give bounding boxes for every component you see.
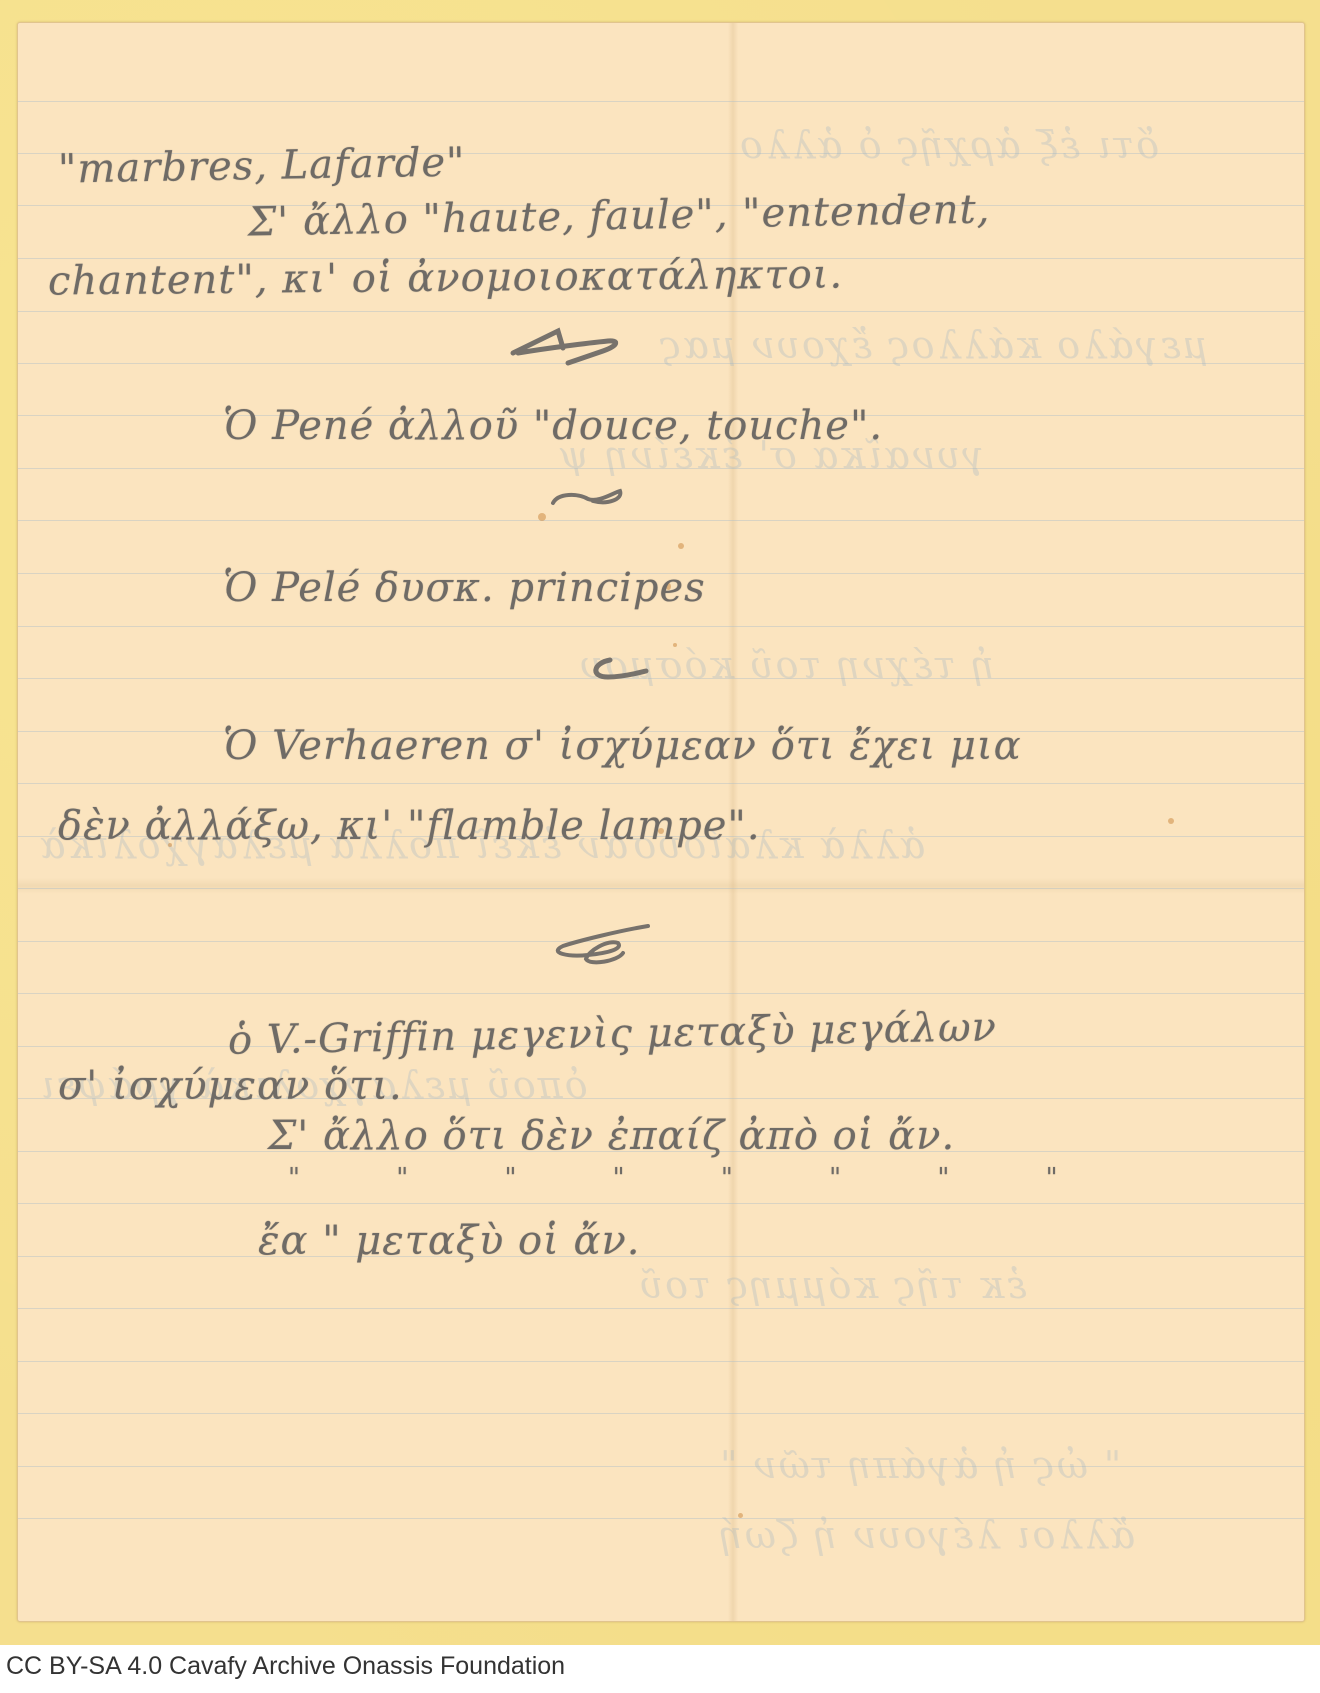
ruled-line xyxy=(18,626,1304,627)
manuscript-line-2: Σ' ἄλλο "haute, faule", "entendent, xyxy=(248,187,991,246)
scan-background: ὅτι ἐξ ἀρχῆς ὁ ἀλλο μεγάλο κάλλος ἔχουν … xyxy=(0,0,1320,1645)
manuscript-line-5: Ὁ Pelé δυσκ. principes xyxy=(223,565,706,611)
manuscript-line-11-ditto: " " " " " " " " xyxy=(288,1163,1102,1193)
foxing-stain xyxy=(538,513,546,521)
foxing-stain xyxy=(738,1513,743,1518)
bleed-through-text: " ὡς ἡ ἀγάπη τῶν " xyxy=(718,1443,1121,1487)
ruled-line xyxy=(18,888,1304,889)
ruled-line xyxy=(18,1256,1304,1257)
manuscript-line-6: Ὁ Verhaeren σ' ἰσχύμεαν ὅτι ἔχει μια xyxy=(223,723,1022,769)
manuscript-line-8: ὁ V.-Griffin μεγενὶς μεταξὺ μεγάλων xyxy=(228,1004,998,1063)
ruled-line xyxy=(18,101,1304,102)
ruled-line xyxy=(18,1361,1304,1362)
ruled-line xyxy=(18,1308,1304,1309)
foxing-stain xyxy=(1168,818,1174,824)
archive-credit: CC BY-SA 4.0 Cavafy Archive Onassis Foun… xyxy=(6,1652,565,1681)
manuscript-line-3: chantent", κι' οἱ ἀνομοιοκατάληκτοι. xyxy=(48,252,843,305)
flourish-divider-icon xyxy=(588,655,658,685)
ruled-line xyxy=(18,1203,1304,1204)
manuscript-line-1: "marbres, Lafarde" xyxy=(58,139,466,192)
manuscript-page: ὅτι ἐξ ἀρχῆς ὁ ἀλλο μεγάλο κάλλος ἔχουν … xyxy=(17,22,1305,1622)
manuscript-line-9: σ' ἰσχύμεαν ὅτι. xyxy=(58,1063,403,1109)
manuscript-line-10: Σ' ἄλλο ὅτι δὲν ἐπαίζ ἀπὸ οἱ ἄν. xyxy=(268,1113,955,1159)
ruled-line xyxy=(18,783,1304,784)
bleed-through-text: ἐκ τῆς κόμμης τοῦ xyxy=(638,1263,1027,1307)
bleed-through-text: ὅτι ἐξ ἀρχῆς ὁ ἀλλο xyxy=(738,123,1159,167)
flourish-divider-icon xyxy=(548,921,658,971)
bleed-through-text: ἄλλοι λέγουν ἡ ζωή xyxy=(718,1513,1135,1557)
foxing-stain xyxy=(673,643,677,647)
ruled-line xyxy=(18,311,1304,312)
ruled-line xyxy=(18,993,1304,994)
manuscript-line-4: Ὁ Pené ἀλλοῦ "douce, touche". xyxy=(223,403,883,449)
flourish-divider-icon xyxy=(508,323,648,373)
manuscript-line-7: δὲν ἀλλάξω, κι' "flamble lampe". xyxy=(58,803,761,849)
foxing-stain xyxy=(678,543,684,549)
manuscript-line-12: ἔα " μεταξὺ οἱ ἄν. xyxy=(258,1218,641,1264)
bleed-through-text: μεγάλο κάλλος ἔχουν μας xyxy=(658,323,1208,367)
ruled-line xyxy=(18,1413,1304,1414)
ruled-line xyxy=(18,941,1304,942)
ruled-line xyxy=(18,520,1304,521)
flourish-divider-icon xyxy=(548,481,628,511)
